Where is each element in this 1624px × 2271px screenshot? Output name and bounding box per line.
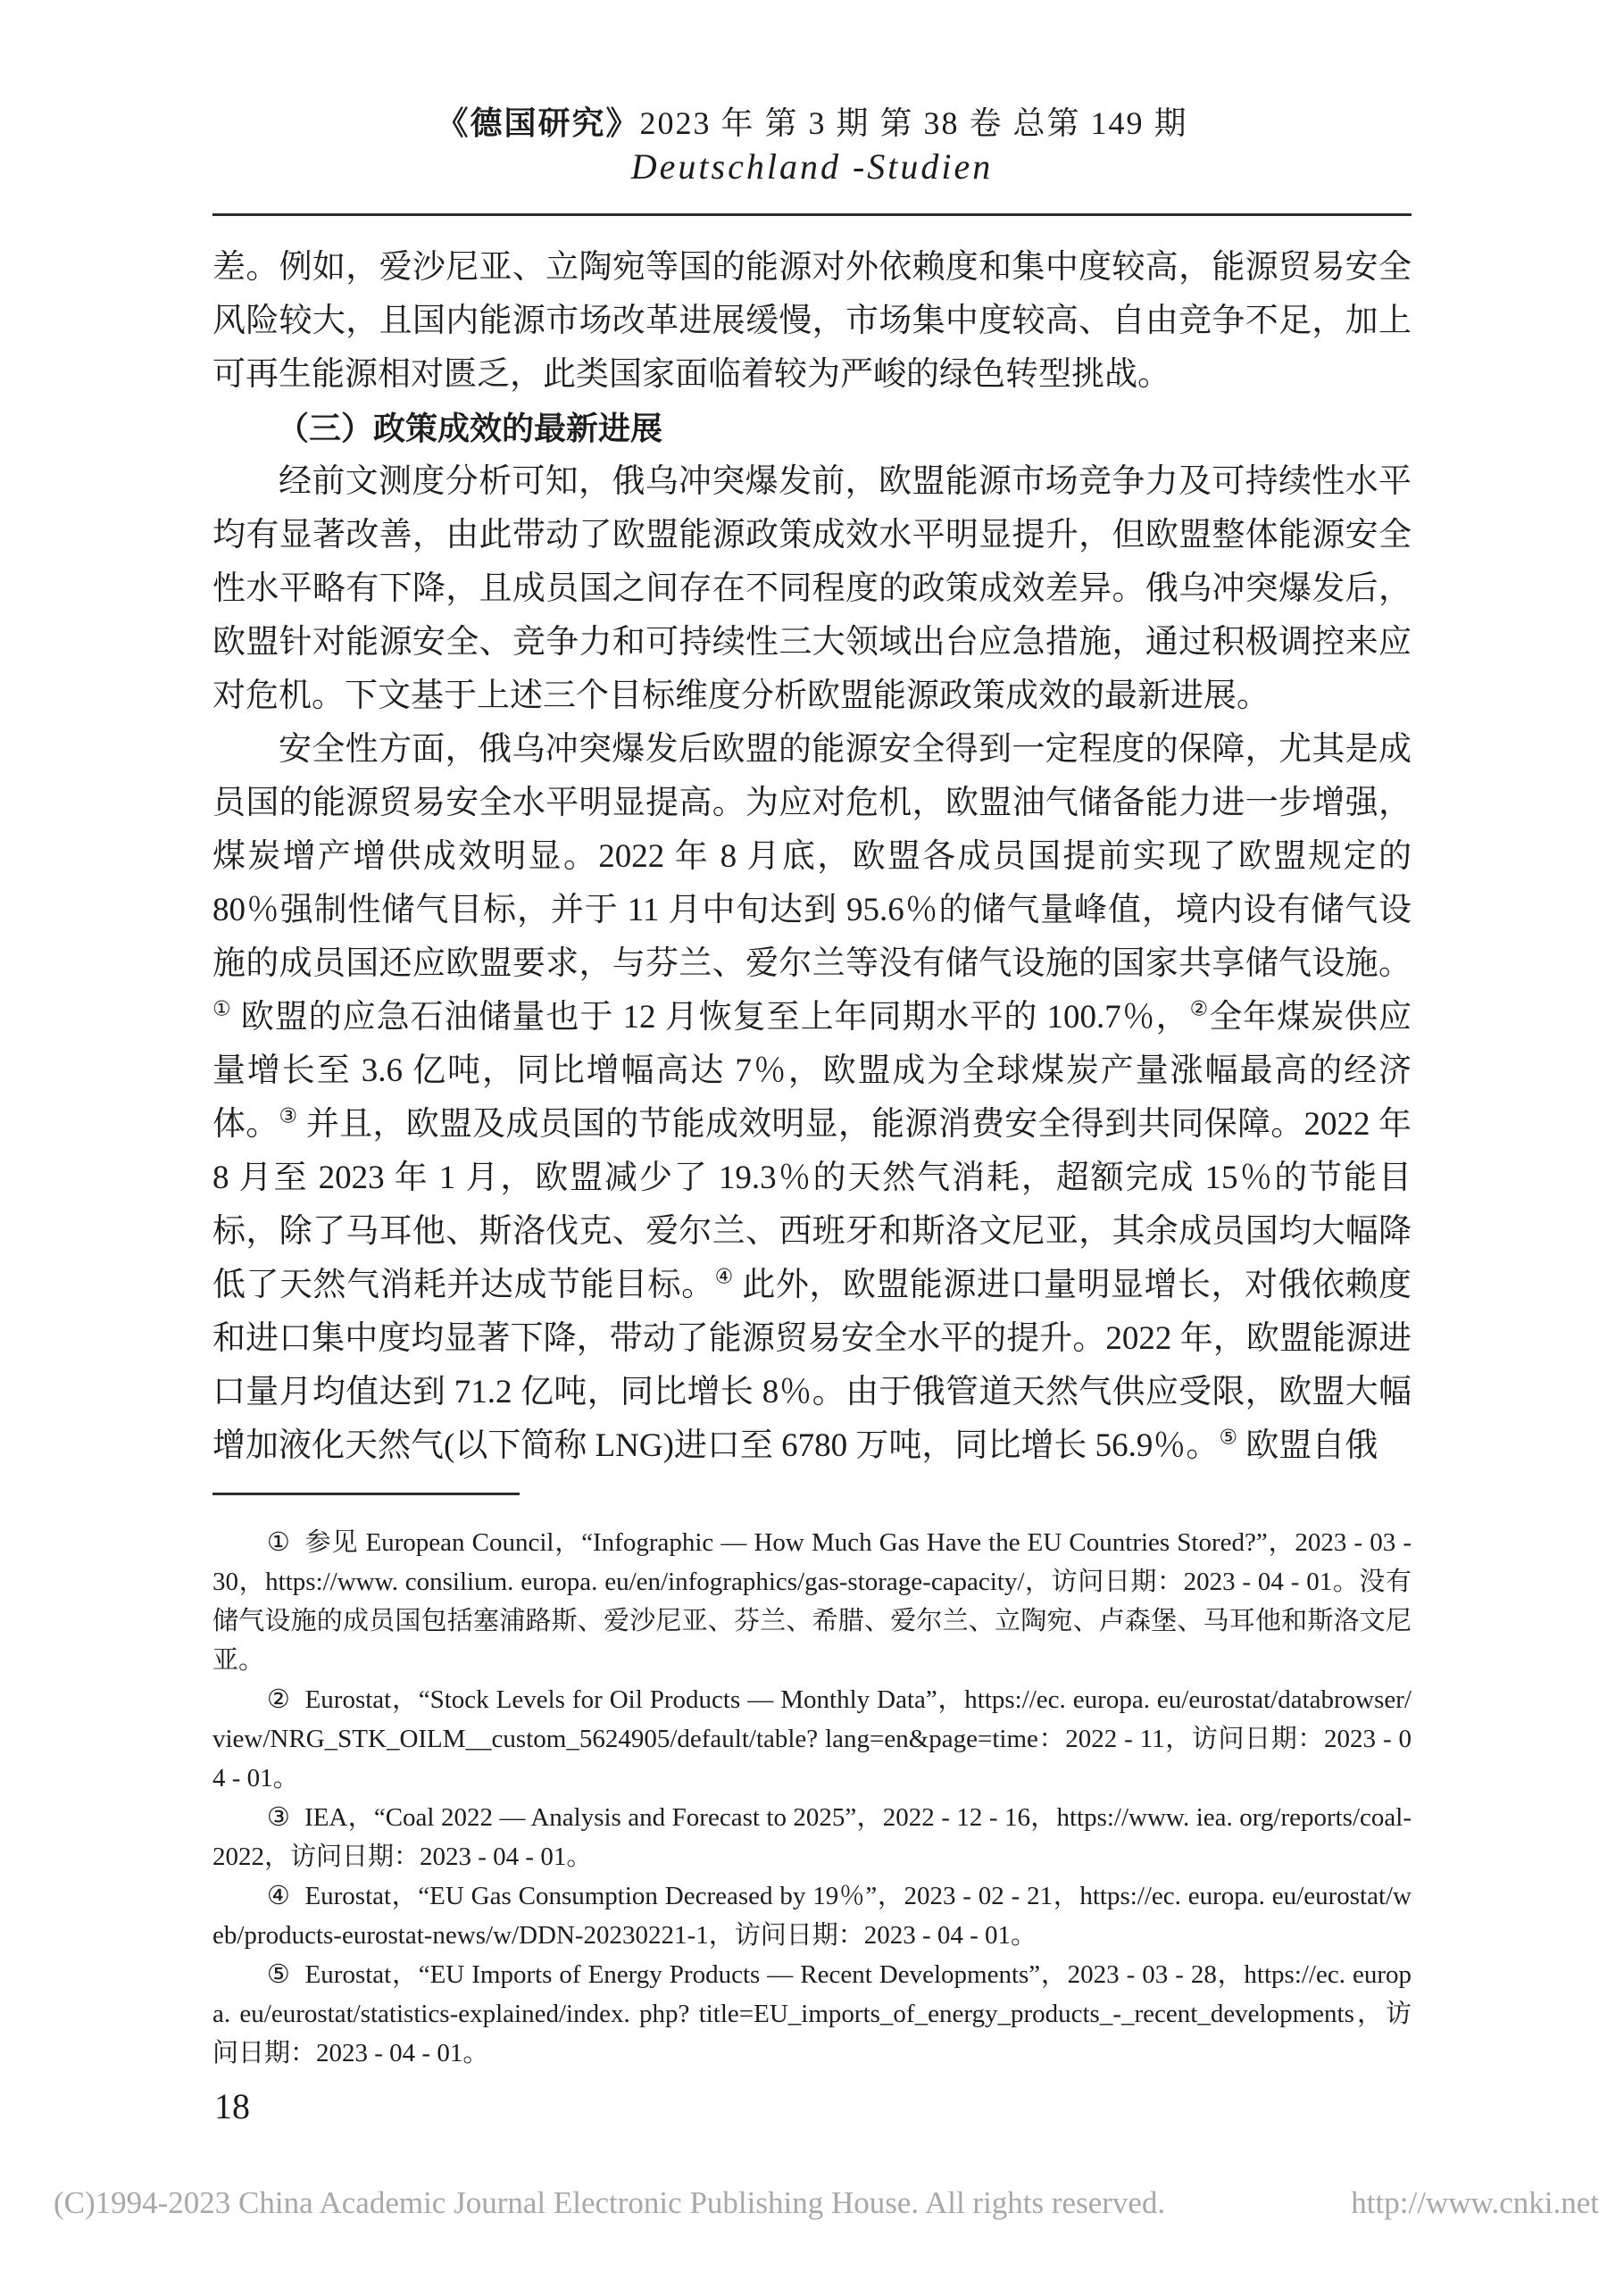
footnote-item-1: ①参见 European Council，“Infographic — How … xyxy=(212,1523,1412,1680)
page-number: 18 xyxy=(214,2085,250,2127)
paragraph-analysis: 经前文测度分析可知，俄乌冲突爆发前，欧盟能源市场竞争力及可持续性水平均有显著改善… xyxy=(212,455,1412,723)
footnote-item-4: ④Eurostat，“EU Gas Consumption Decreased … xyxy=(212,1876,1412,1955)
footnote-marker: ⑤ xyxy=(267,1960,291,1989)
footnote-marker: ③ xyxy=(267,1803,290,1832)
footnote-item-3: ③IEA，“Coal 2022 — Analysis and Forecast … xyxy=(212,1798,1412,1876)
footnote-text: Eurostat，“EU Imports of Energy Products … xyxy=(212,1960,1412,2067)
copyright-text: (C)1994-2023 China Academic Journal Elec… xyxy=(54,2185,1165,2221)
cnki-url: http://www.cnki.net xyxy=(1351,2185,1599,2221)
article-body: 差。例如，爱沙尼亚、立陶宛等国的能源对外依赖度和集中度较高，能源贸易安全风险较大… xyxy=(212,241,1412,1473)
footnote-ref-1: ① xyxy=(212,998,232,1020)
footnote-ref-3: ③ xyxy=(279,1105,298,1127)
journal-issue-info: 2023 年 第 3 期 第 38 卷 总第 149 期 xyxy=(640,105,1188,141)
footnote-divider-rule xyxy=(212,1493,520,1495)
page-footer: (C)1994-2023 China Academic Journal Elec… xyxy=(0,2185,1624,2221)
section-heading: （三）政策成效的最新进展 xyxy=(212,402,1412,455)
footnote-text: Eurostat，“EU Gas Consumption Decreased b… xyxy=(212,1882,1412,1950)
journal-page: 《德国研究》2023 年 第 3 期 第 38 卷 总第 149 期 Deuts… xyxy=(0,0,1624,2271)
journal-subtitle-german: Deutschland -Studien xyxy=(0,146,1624,187)
footnote-marker: ④ xyxy=(267,1882,291,1910)
footnotes: ①参见 European Council，“Infographic — How … xyxy=(212,1523,1412,2073)
footnote-marker: ① xyxy=(267,1528,291,1557)
footnote-text: Eurostat，“Stock Levels for Oil Products … xyxy=(212,1685,1412,1793)
footnote-text: 参见 European Council，“Infographic — How M… xyxy=(212,1528,1412,1675)
header-divider-rule xyxy=(212,213,1412,216)
text-run: 安全性方面，俄乌冲突爆发后欧盟的能源安全得到一定程度的保障，尤其是成员国的能源贸… xyxy=(212,731,1412,982)
footnote-text: IEA，“Coal 2022 — Analysis and Forecast t… xyxy=(212,1803,1412,1871)
footnote-ref-2: ② xyxy=(1190,998,1210,1020)
journal-name: 《德国研究》 xyxy=(436,105,639,141)
text-run: 欧盟自俄 xyxy=(1237,1427,1378,1464)
journal-title: 《德国研究》2023 年 第 3 期 第 38 卷 总第 149 期 xyxy=(0,98,1624,144)
footnote-item-2: ②Eurostat，“Stock Levels for Oil Products… xyxy=(212,1680,1412,1798)
text-run: 欧盟的应急石油储量也于 12 月恢复至上年同期水平的 100.7％， xyxy=(232,999,1190,1036)
footnote-marker: ② xyxy=(267,1685,291,1714)
footnote-ref-5: ⑤ xyxy=(1219,1427,1237,1449)
footnote-item-5: ⑤Eurostat，“EU Imports of Energy Products… xyxy=(212,1955,1412,2073)
paragraph-continuation: 差。例如，爱沙尼亚、立陶宛等国的能源对外依赖度和集中度较高，能源贸易安全风险较大… xyxy=(212,241,1412,402)
paragraph-security: 安全性方面，俄乌冲突爆发后欧盟的能源安全得到一定程度的保障，尤其是成员国的能源贸… xyxy=(212,723,1412,1473)
footnote-ref-4: ④ xyxy=(715,1266,734,1288)
